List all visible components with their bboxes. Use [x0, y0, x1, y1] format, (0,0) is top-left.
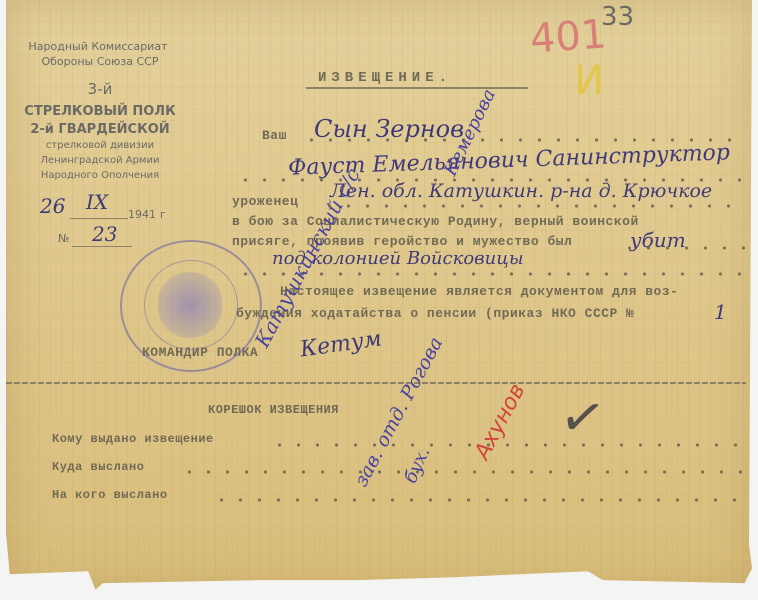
- date-underline: [70, 218, 128, 219]
- stub-dotted-1: [270, 443, 746, 447]
- notice-line-2: буждения ходатайства о пенсии (приказ НК…: [236, 306, 634, 321]
- letterhead-guards: 2-й ГВАРДЕЙСКОЙ: [0, 122, 200, 137]
- letterhead-army: Ленинградской Армии: [0, 155, 200, 166]
- letterhead-division: стрелковой дивизии: [0, 140, 200, 151]
- official-seal: [120, 240, 262, 372]
- your-label: Ваш: [262, 128, 287, 143]
- stub-title: КОРЕШОК ИЗВЕЩЕНИЯ: [208, 403, 339, 417]
- date-year: 1941: [128, 208, 156, 221]
- dotted-line-4: [620, 246, 746, 250]
- stub-dotted-2: [180, 470, 746, 474]
- red-archive-number: 401: [528, 11, 607, 62]
- stub-recipient-label: Кому выдано извещение: [52, 432, 214, 446]
- fight-line: в бою за Социалистическую Родину, верный…: [232, 214, 639, 229]
- letterhead-regiment-number: 3-й: [0, 80, 200, 98]
- oath-line: присяге, проявив геройство и мужество бы…: [232, 234, 572, 249]
- dotted-line-3: [320, 204, 746, 208]
- letterhead-union: Обороны Союза ССР: [0, 55, 200, 68]
- title-underline: [306, 87, 528, 89]
- date-month: IX: [86, 190, 108, 214]
- number-underline: [72, 246, 132, 247]
- seal-emblem-icon: [158, 272, 222, 338]
- date-day: 26: [40, 194, 65, 218]
- native-label: уроженец: [232, 194, 298, 209]
- letterhead-commissariat: Народный Комиссариат: [0, 40, 198, 53]
- document-title: ИЗВЕЩЕНИЕ.: [318, 70, 452, 86]
- page-number: 33: [601, 2, 634, 32]
- native-place: Лен. обл. Катушкин. р-на д. Крючкое: [330, 180, 712, 202]
- yellow-mark: И: [574, 58, 604, 104]
- stub-dotted-3: [212, 498, 746, 502]
- letterhead-regiment: СТРЕЛКОВЫЙ ПОЛК: [0, 104, 200, 119]
- date-year-suffix: г: [160, 208, 166, 221]
- stub-sent-whom-label: На кого выслано: [52, 488, 168, 502]
- notice-line-1: Настоящее извещение является документом …: [280, 284, 678, 299]
- number-label: №: [58, 232, 69, 245]
- order-number: 1: [714, 300, 727, 324]
- tear-line: [6, 382, 746, 384]
- stub-sent-where-label: Куда выслано: [52, 460, 144, 474]
- number-value: 23: [92, 222, 117, 246]
- letterhead-militia: Народного Ополчения: [0, 170, 200, 181]
